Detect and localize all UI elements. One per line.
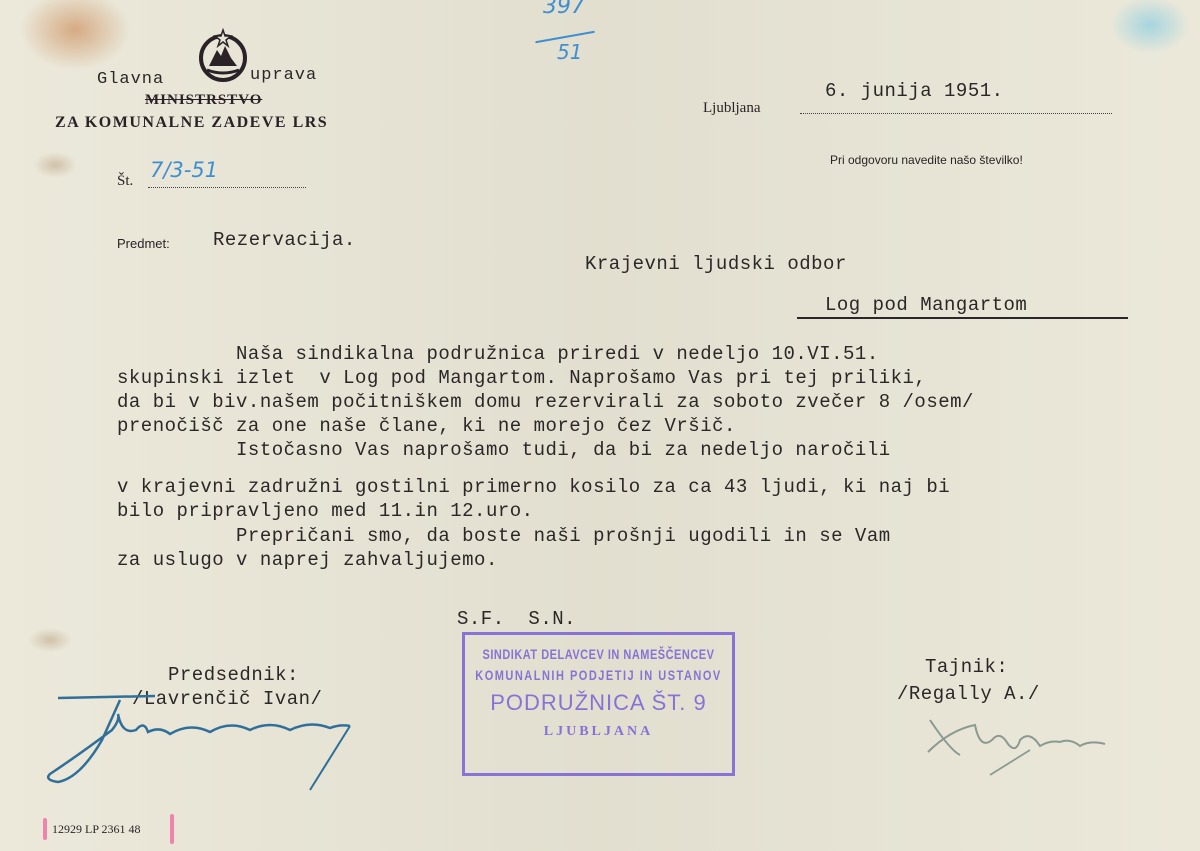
pink-mark-right xyxy=(170,814,174,844)
dateline-date: 6. junija 1951. xyxy=(825,80,1004,102)
reference-handwritten-value: 7/3-51 xyxy=(150,158,218,182)
body-line: skupinski izlet v Log pod Mangartom. Nap… xyxy=(117,367,926,389)
recipient-underline xyxy=(797,317,1128,319)
president-signature xyxy=(40,690,370,800)
stamp-line4: LJUBLJANA xyxy=(465,724,732,740)
dateline-city: Ljubljana xyxy=(703,100,760,117)
annotation-numerator: 397 xyxy=(543,0,585,19)
president-title: Predsednik: xyxy=(168,664,299,686)
body-line: za uslugo v naprej zahvaljujemo. xyxy=(117,549,498,571)
subject-value: Rezervacija. xyxy=(213,229,356,251)
body-line: Prepričani smo, da boste naši prošnji ug… xyxy=(117,525,891,547)
closing-slogan: S.F. S.N. xyxy=(457,608,576,630)
footer-print-code: 12929 LP 2361 48 xyxy=(52,822,141,837)
recipient-line2: Log pod Mangartom xyxy=(825,294,1027,316)
body-line: v krajevni zadružni gostilni primerno ko… xyxy=(117,476,950,498)
letterhead-ministry-struck: MINISTRSTVO xyxy=(145,92,262,109)
recipient-line1: Krajevni ljudski odbor xyxy=(585,253,847,275)
stamp-line2: KOMUNALNIH PODJETIJ IN USTANOV xyxy=(465,669,732,684)
reply-note: Pri odgovoru navedite našo številko! xyxy=(830,153,1023,167)
body-line: bilo pripravljeno med 11.in 12.uro. xyxy=(117,500,534,522)
dateline-dotted-line xyxy=(800,113,1112,114)
letterhead-line1-right: uprava xyxy=(250,66,317,85)
stamp-line1: SINDIKAT DELAVCEV IN NAMEŠČENCEV xyxy=(465,648,732,663)
reference-label: Št. xyxy=(117,173,133,190)
body-line: da bi v biv.našem počitniškem domu rezer… xyxy=(117,391,974,413)
pink-mark-left xyxy=(43,818,47,840)
secretary-signature xyxy=(920,710,1120,780)
stamp-line3: PODRUŽNICA ŠT. 9 xyxy=(465,690,732,716)
organization-stamp: SINDIKAT DELAVCEV IN NAMEŠČENCEV KOMUNAL… xyxy=(462,632,735,776)
body-line: prenočišč za one naše člane, ki ne morej… xyxy=(117,415,736,437)
subject-label: Predmet: xyxy=(117,236,170,251)
annotation-denominator: 51 xyxy=(557,40,582,64)
secretary-title: Tajnik: xyxy=(925,656,1008,678)
reference-dotted-line xyxy=(148,187,306,188)
coat-of-arms-icon xyxy=(195,28,251,84)
secretary-name: /Regally A./ xyxy=(897,683,1040,705)
body-line: Naša sindikalna podružnica priredi v ned… xyxy=(117,343,879,365)
top-annotation: 397 51 xyxy=(535,0,605,70)
letterhead-line1-left: Glavna xyxy=(97,70,164,89)
body-line: Istočasno Vas naprošamo tudi, da bi za n… xyxy=(117,439,891,461)
letterhead-department: ZA KOMUNALNE ZADEVE LRS xyxy=(55,114,328,132)
